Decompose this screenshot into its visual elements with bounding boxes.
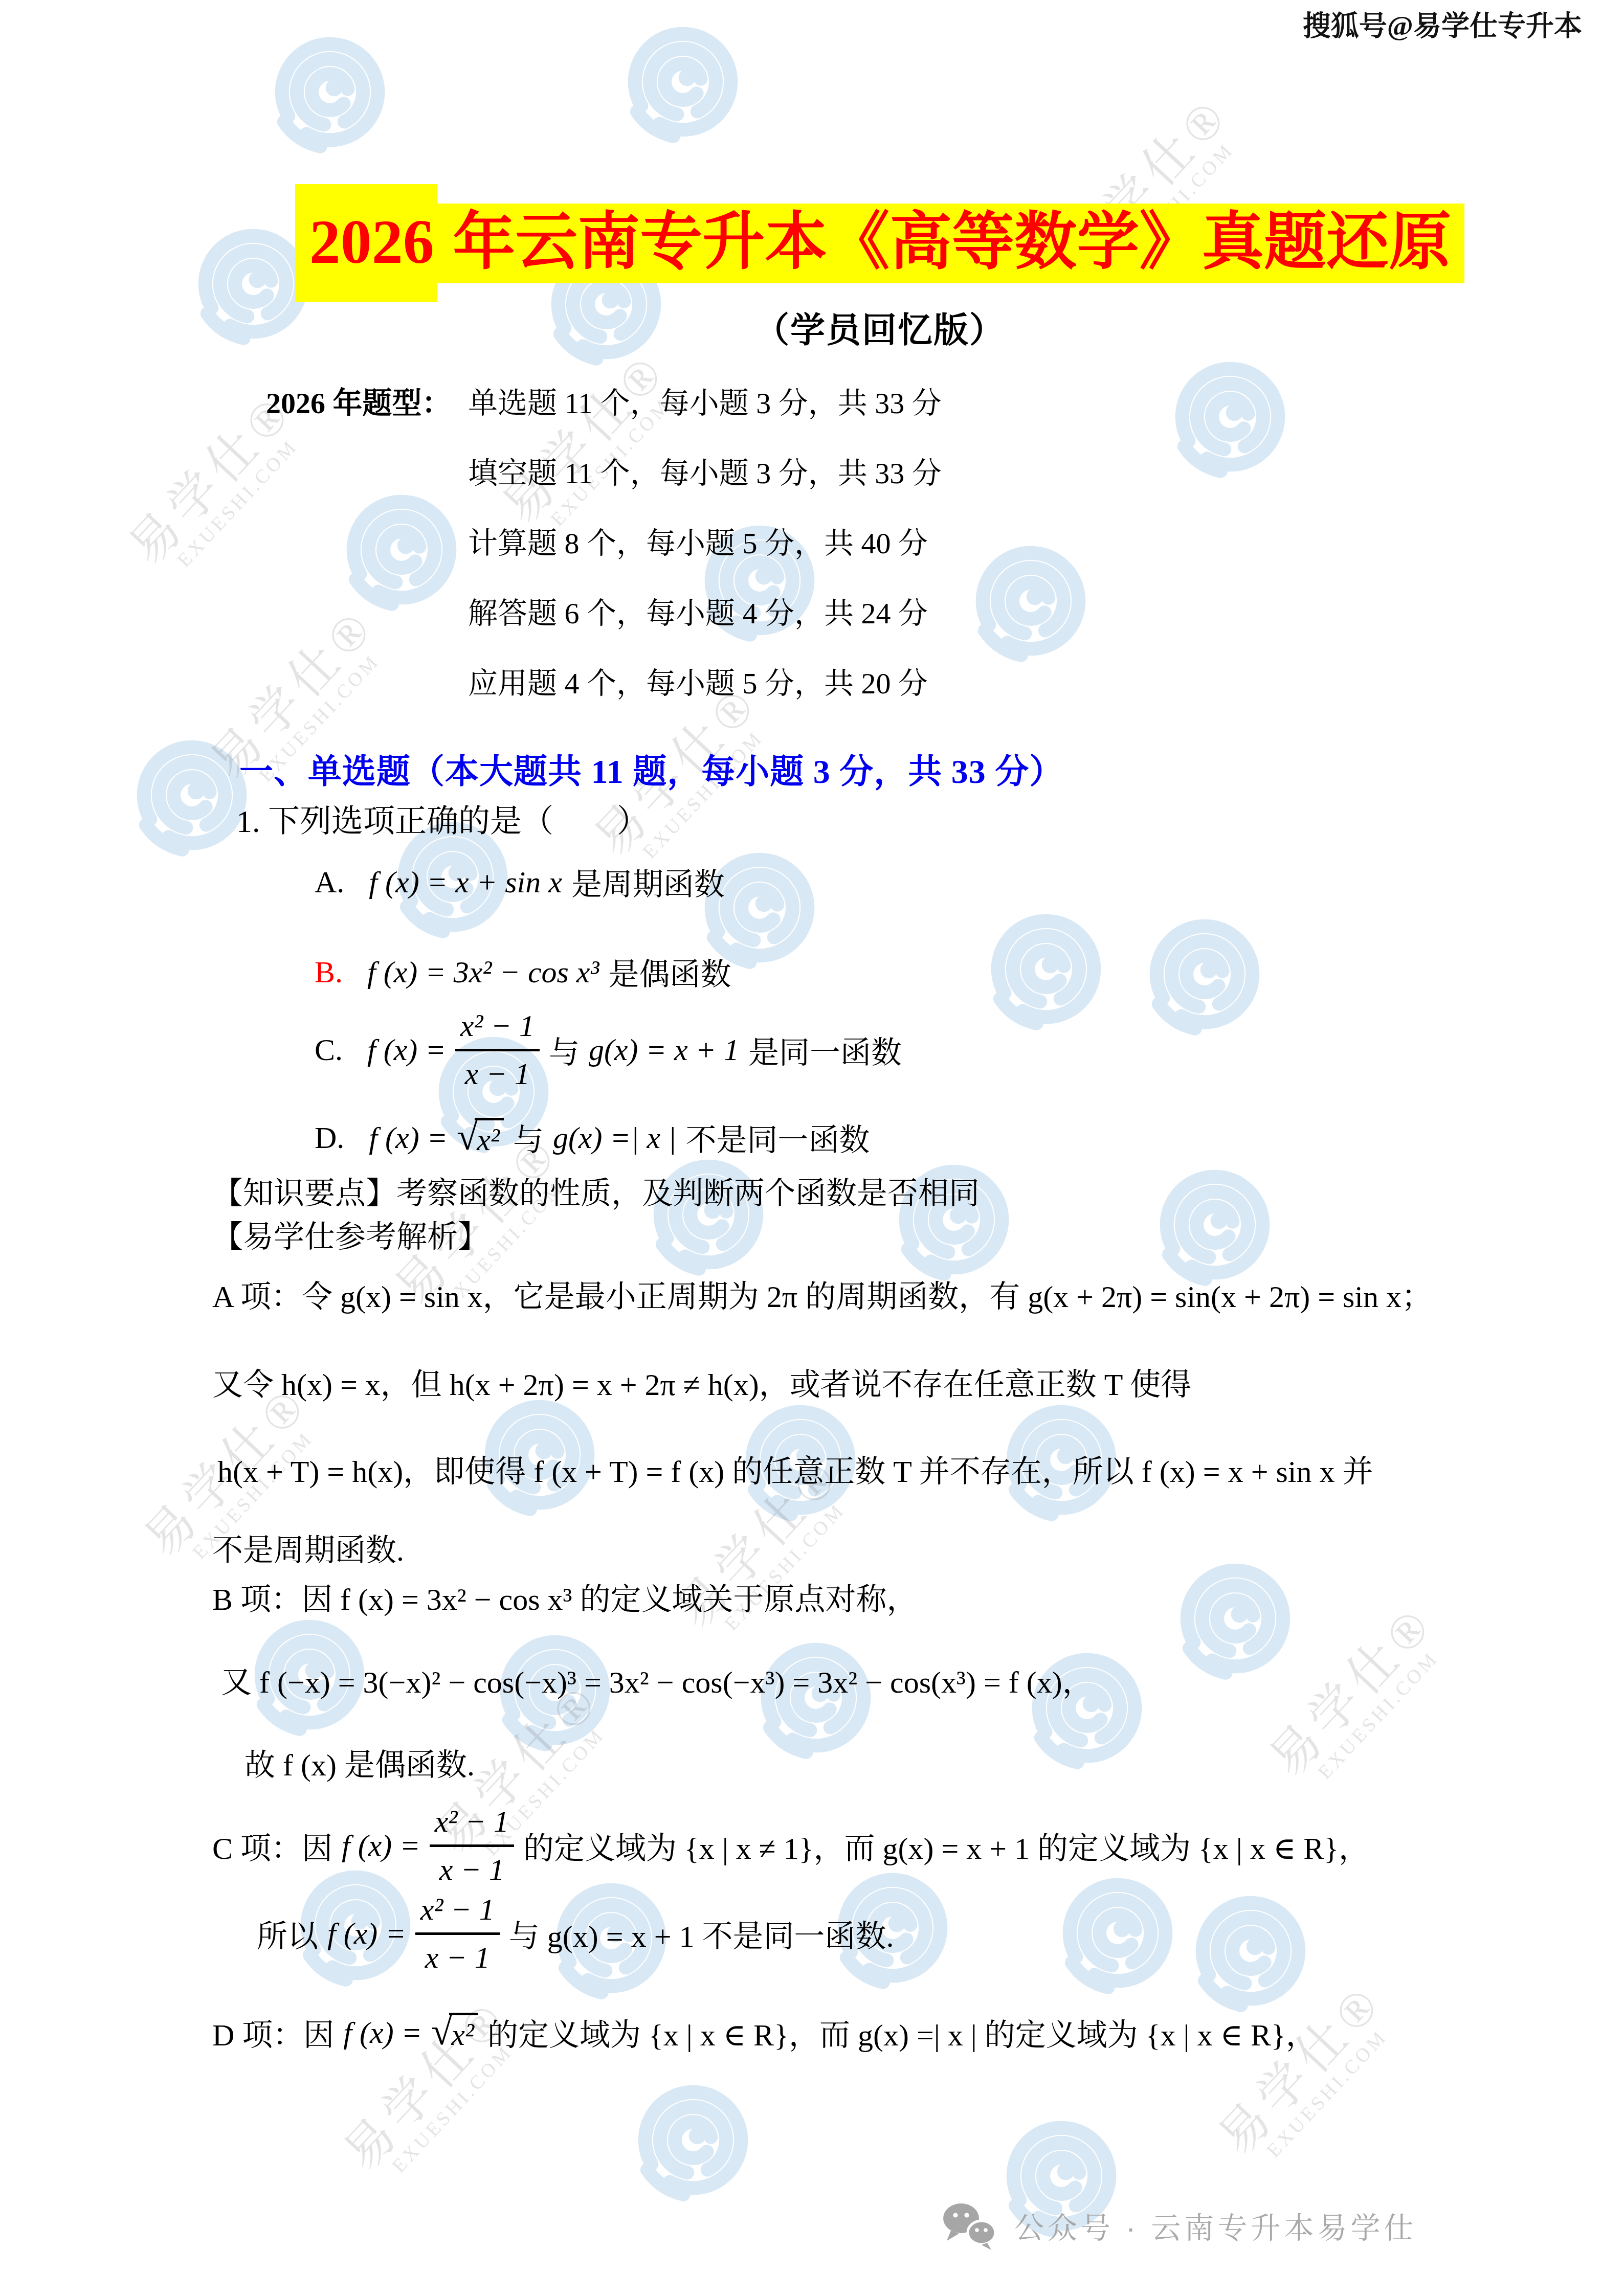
radicand: x² [475, 1118, 504, 1158]
option-c-label: C. [315, 1032, 343, 1068]
analysis-c1-text: 的定义域为 {x | x ≠ 1}，而 g(x) = x + 1 的定义域为 {… [523, 1824, 1369, 1868]
analysis-line-b1: B 项：因 f (x) = 3x² − cos x³ 的定义域关于原点对称， [212, 1582, 918, 1617]
wechat-icon [939, 2200, 1000, 2251]
fraction: x² − 1 x − 1 [430, 1804, 514, 1887]
option-c-conjunction: 与 [549, 1028, 580, 1072]
analysis-line-a3: h(x + T) = h(x)，即使得 f (x + T) = f (x) 的任… [217, 1454, 1373, 1490]
analysis-c2-pre: 所以 [257, 1912, 318, 1956]
analysis-d1-formula: f (x) = [343, 2015, 422, 2051]
option-b-text: 是偶函数 [609, 950, 731, 994]
option-a-text: 是周期函数 [571, 860, 725, 904]
fraction-numerator: x² − 1 [455, 1008, 540, 1051]
exam-type-line: 单选题 11 个，每小题 3 分，共 33 分 [468, 387, 942, 421]
sohu-account-label: 搜狐号@易学仕专升本 [1303, 3, 1582, 43]
spiral-watermark-icon [1166, 353, 1294, 481]
fraction-denominator: x − 1 [455, 1051, 540, 1092]
subtitle-text: （学员回忆版） [754, 311, 1005, 350]
radicand: x² [449, 2013, 478, 2053]
analysis-d1-pre: D 项：因 [212, 2011, 334, 2055]
option-a: A. f (x) = x + sin x 是周期函数 [315, 860, 734, 904]
analysis-header: 【易学仕参考解析】 [212, 1220, 488, 1255]
spiral-watermark-icon [619, 18, 747, 146]
option-c-text: 是同一函数 [748, 1028, 902, 1072]
square-root: √ x² [431, 2013, 478, 2053]
page-subtitle: （学员回忆版） [215, 303, 1545, 352]
option-d-conjunction: 与 [513, 1116, 544, 1160]
exam-type-line: 解答题 6 个，每小题 4 分，共 24 分 [468, 597, 928, 631]
fraction: x² − 1 x − 1 [415, 1892, 500, 1975]
option-a-formula: f (x) = x + sin x [369, 865, 562, 900]
analysis-c2-text: 与 g(x) = x + 1 不是同一函数. [509, 1912, 894, 1956]
spiral-watermark-icon [629, 2076, 757, 2204]
spiral-watermark-icon [266, 28, 394, 156]
option-b-formula: f (x) = 3x² − cos x³ [367, 955, 599, 990]
analysis-line-a1: A 项：令 g(x) = sin x，它是最小正周期为 2π 的周期函数，有 g… [212, 1279, 1432, 1315]
spiral-watermark-icon [1187, 1887, 1315, 2015]
analysis-c1-pre: C 项：因 [212, 1824, 332, 1868]
analysis-line-a4: 不是周期函数. [212, 1533, 404, 1568]
spiral-watermark-icon [1141, 910, 1269, 1038]
exam-type-line: 计算题 8 个，每小题 5 分，共 40 分 [468, 527, 928, 561]
analysis-line-c2: 所以 f (x) = x² − 1 x − 1 与 g(x) = x + 1 不… [257, 1892, 903, 1975]
watermark-text: 易学仕®EXUESHI.COM [1210, 1974, 1408, 2179]
analysis-line-a2: 又令 h(x) = x，但 h(x + 2π) = x + 2π ≠ h(x)，… [212, 1367, 1191, 1403]
option-c-formula: f (x) = [367, 1032, 446, 1068]
square-root: √ x² [457, 1118, 504, 1158]
fraction-denominator: x − 1 [430, 1847, 514, 1887]
option-b-label: B. [315, 955, 343, 990]
option-c-formula-2: g(x) = x + 1 [589, 1032, 739, 1068]
analysis-d1-text: 的定义域为 {x | x ∈ R}，而 g(x) =| x | 的定义域为 {x… [487, 2011, 1317, 2055]
page-title: 2026 年云南专升本《高等数学》真题还原 [215, 204, 1545, 283]
spiral-watermark-icon [644, 1151, 772, 1278]
question-1-stem: 1. 下列选项正确的是（ ） [236, 804, 649, 840]
spiral-watermark-icon [982, 905, 1110, 1033]
spiral-watermark-icon [1171, 1555, 1299, 1682]
title-text: 年云南专升本《高等数学》真题还原 [437, 208, 1452, 277]
spiral-watermark-icon [967, 537, 1095, 665]
footer: 公众号 · 云南专升本易学仕 [939, 2200, 1417, 2251]
analysis-line-c1: C 项：因 f (x) = x² − 1 x − 1 的定义域为 {x | x … [212, 1804, 1378, 1887]
spiral-watermark-icon [338, 486, 465, 614]
fraction-numerator: x² − 1 [430, 1804, 514, 1847]
fraction: x² − 1 x − 1 [455, 1008, 540, 1092]
spiral-watermark-icon [890, 1156, 1018, 1284]
option-b: B. f (x) = 3x² − cos x³ 是偶函数 [315, 950, 741, 994]
exam-type-label: 2026 年题型： [266, 387, 452, 421]
title-year: 2026 [295, 184, 437, 302]
option-d-formula: f (x) = [369, 1120, 448, 1156]
spiral-watermark-icon [1151, 1161, 1279, 1289]
analysis-line-d1: D 项：因 f (x) = √ x² 的定义域为 {x | x ∈ R}，而 g… [212, 2011, 1326, 2055]
fraction-numerator: x² − 1 [415, 1892, 500, 1935]
section-heading: 一、单选题（本大题共 11 题，每小题 3 分，共 33 分） [239, 753, 1063, 792]
fraction-denominator: x − 1 [415, 1935, 500, 1975]
analysis-c2-formula: f (x) = [327, 1916, 406, 1951]
spiral-watermark-icon [1023, 1644, 1151, 1772]
exam-type-line: 应用题 4 个，每小题 5 分，共 20 分 [468, 667, 928, 701]
exam-type-line: 填空题 11 个，每小题 3 分，共 33 分 [468, 457, 942, 491]
option-d-text: 不是同一函数 [686, 1116, 870, 1160]
watermark-text: 易学仕®EXUESHI.COM [1261, 1595, 1459, 1800]
analysis-line-b2: 又 f (−x) = 3(−x)² − cos(−x)³ = 3x² − cos… [221, 1665, 1093, 1700]
analysis-line-b3: 故 f (x) 是偶函数. [244, 1748, 475, 1783]
watermark-text: 易学仕®EXUESHI.COM [494, 343, 692, 548]
spiral-watermark-icon [1054, 1869, 1182, 1997]
option-a-label: A. [315, 865, 344, 900]
option-d: D. f (x) = √ x² 与 g(x) =| x | 不是同一函数 [315, 1116, 879, 1160]
option-d-formula-2: g(x) =| x | [553, 1120, 677, 1156]
knowledge-points-line: 【知识要点】考察函数的性质，及判断两个函数是否相同 [212, 1176, 980, 1211]
analysis-c1-formula: f (x) = [342, 1828, 420, 1863]
option-d-label: D. [315, 1120, 344, 1156]
document-page: 易学仕®EXUESHI.COM 易学仕®EXUESHI.COM 易学仕®EXUE… [0, 0, 1624, 2296]
footer-account-label: 公众号 · 云南专升本易学仕 [1014, 2204, 1417, 2247]
option-c: C. f (x) = x² − 1 x − 1 与 g(x) = x + 1 是… [315, 1008, 911, 1092]
